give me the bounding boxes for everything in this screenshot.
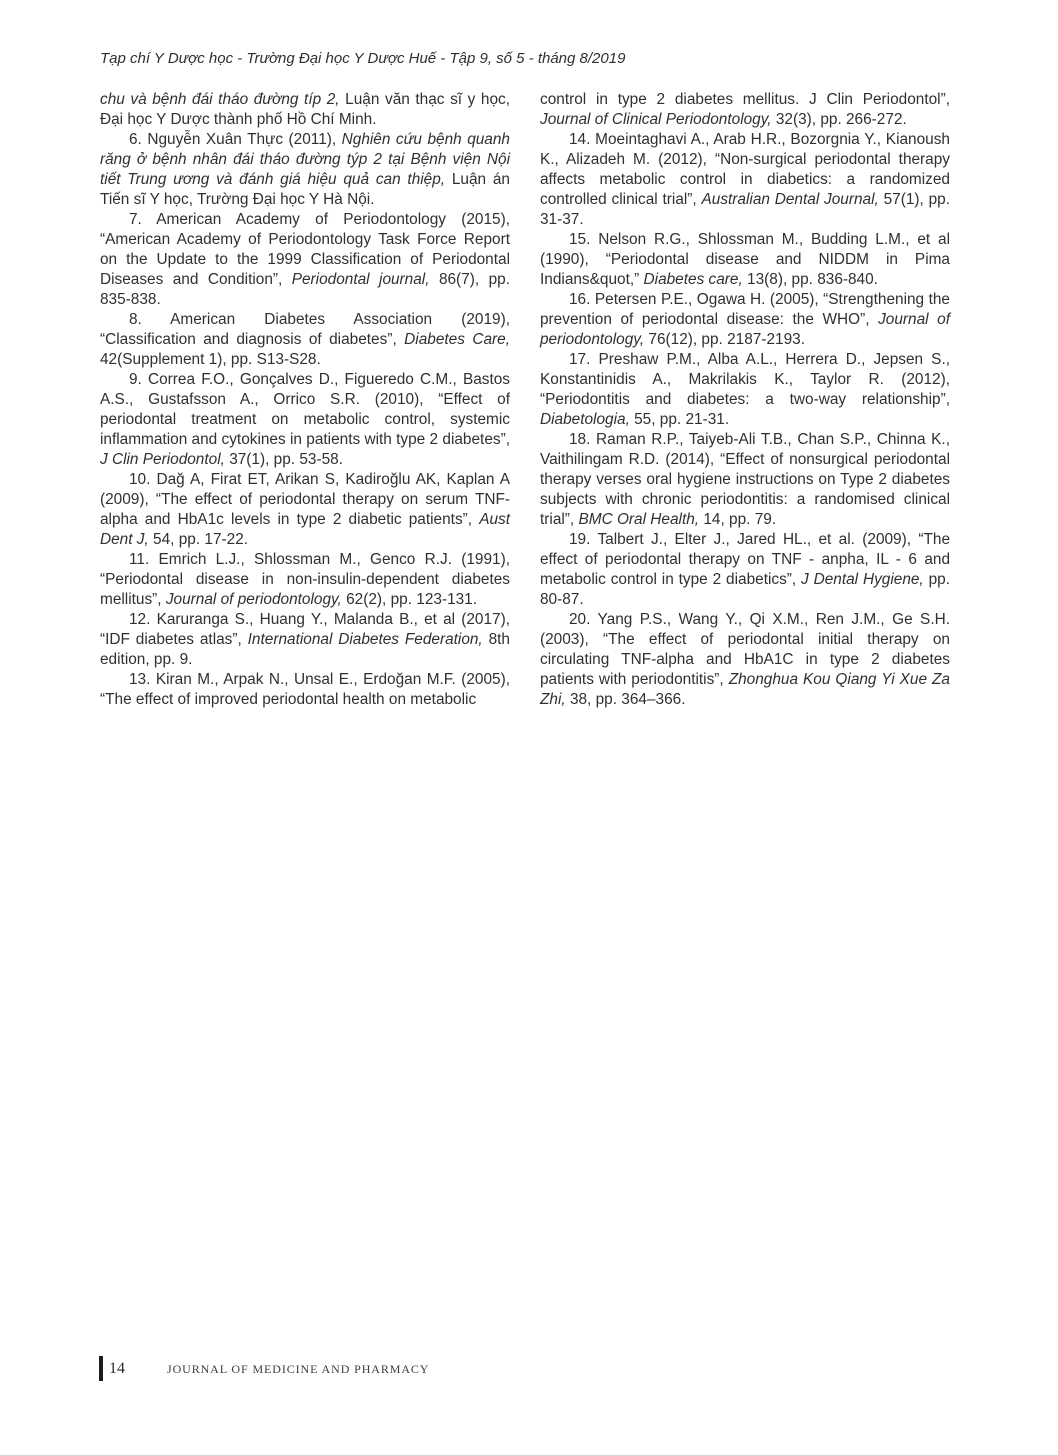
reference-segment: 9. Correa F.O., Gonçalves D., Figueredo … [100,371,510,448]
reference-entry: 14. Moeintaghavi A., Arab H.R., Bozorgni… [540,130,950,230]
reference-entry: 6. Nguyễn Xuân Thực (2011), Nghiên cứu b… [100,130,510,210]
reference-entry: 18. Raman R.P., Taiyeb-Ali T.B., Chan S.… [540,430,950,530]
reference-segment: 62(2), pp. 123-131. [346,591,477,608]
reference-segment: Diabetes care, [644,271,748,288]
running-header: Tạp chí Y Dược học - Trường Đại học Y Dư… [100,50,951,67]
left-column: chu và bệnh đái tháo đường típ 2, Luận v… [100,90,510,710]
reference-segment: Diabetes Care, [404,331,510,348]
reference-entry: 7. American Academy of Periodontology (2… [100,210,510,310]
reference-segment: control in type 2 diabetes mellitus. J C… [540,91,950,108]
reference-segment: 37(1), pp. 53-58. [229,451,343,468]
page-footer: 14 JOURNAL OF MEDICINE AND PHARMACY [99,1356,429,1381]
reference-segment: 6. Nguyễn Xuân Thực (2011), [129,131,342,148]
reference-segment: Diabetologia, [540,411,634,428]
reference-entry: 15. Nelson R.G., Shlossman M., Budding L… [540,230,950,290]
reference-segment: Journal of Clinical Periodontology, [540,111,776,128]
reference-segment: J Clin Periodontol, [100,451,229,468]
reference-entry: 13. Kiran M., Arpak N., Unsal E., Erdoğa… [100,670,510,710]
references-section: chu và bệnh đái tháo đường típ 2, Luận v… [100,90,951,710]
reference-segment: 38, pp. 364–366. [570,691,686,708]
reference-segment: BMC Oral Health, [578,511,703,528]
reference-entry: chu và bệnh đái tháo đường típ 2, Luận v… [100,90,510,130]
reference-entry: 16. Petersen P.E., Ogawa H. (2005), “Str… [540,290,950,350]
reference-segment: 76(12), pp. 2187-2193. [648,331,805,348]
reference-segment: 54, pp. 17-22. [153,531,248,548]
reference-segment: 13(8), pp. 836-840. [747,271,878,288]
reference-entry: 10. Dağ A, Firat ET, Arikan S, Kadiroğlu… [100,470,510,550]
reference-segment: 17. Preshaw P.M., Alba A.L., Herrera D.,… [540,351,950,408]
reference-segment: 32(3), pp. 266-272. [776,111,907,128]
reference-entry: 17. Preshaw P.M., Alba A.L., Herrera D.,… [540,350,950,430]
reference-entry: 11. Emrich L.J., Shlossman M., Genco R.J… [100,550,510,610]
reference-segment: International Diabetes Federation, [248,631,489,648]
reference-segment: Journal of periodontology, [166,591,346,608]
page-number: 14 [109,1360,125,1378]
reference-entry: 12. Karuranga S., Huang Y., Malanda B., … [100,610,510,670]
reference-entry: 19. Talbert J., Elter J., Jared HL., et … [540,530,950,610]
reference-entry: 20. Yang P.S., Wang Y., Qi X.M., Ren J.M… [540,610,950,710]
reference-segment: Periodontal journal, [292,271,439,288]
reference-segment: chu và bệnh đái tháo đường típ 2, [100,91,345,108]
reference-segment: 55, pp. 21-31. [634,411,729,428]
journal-name: JOURNAL OF MEDICINE AND PHARMACY [167,1362,429,1377]
reference-segment: 14, pp. 79. [703,511,776,528]
reference-segment: Australian Dental Journal, [702,191,884,208]
right-column: control in type 2 diabetes mellitus. J C… [540,90,950,710]
reference-entry: 9. Correa F.O., Gonçalves D., Figueredo … [100,370,510,470]
reference-segment: 10. Dağ A, Firat ET, Arikan S, Kadiroğlu… [100,471,510,528]
reference-entry: 8. American Diabetes Association (2019),… [100,310,510,370]
footer-bar-decoration [99,1356,103,1381]
reference-segment: 42(Supplement 1), pp. S13-S28. [100,351,321,368]
reference-entry: control in type 2 diabetes mellitus. J C… [540,90,950,130]
reference-segment: 13. Kiran M., Arpak N., Unsal E., Erdoğa… [100,671,510,708]
reference-segment: J Dental Hygiene, [801,571,929,588]
